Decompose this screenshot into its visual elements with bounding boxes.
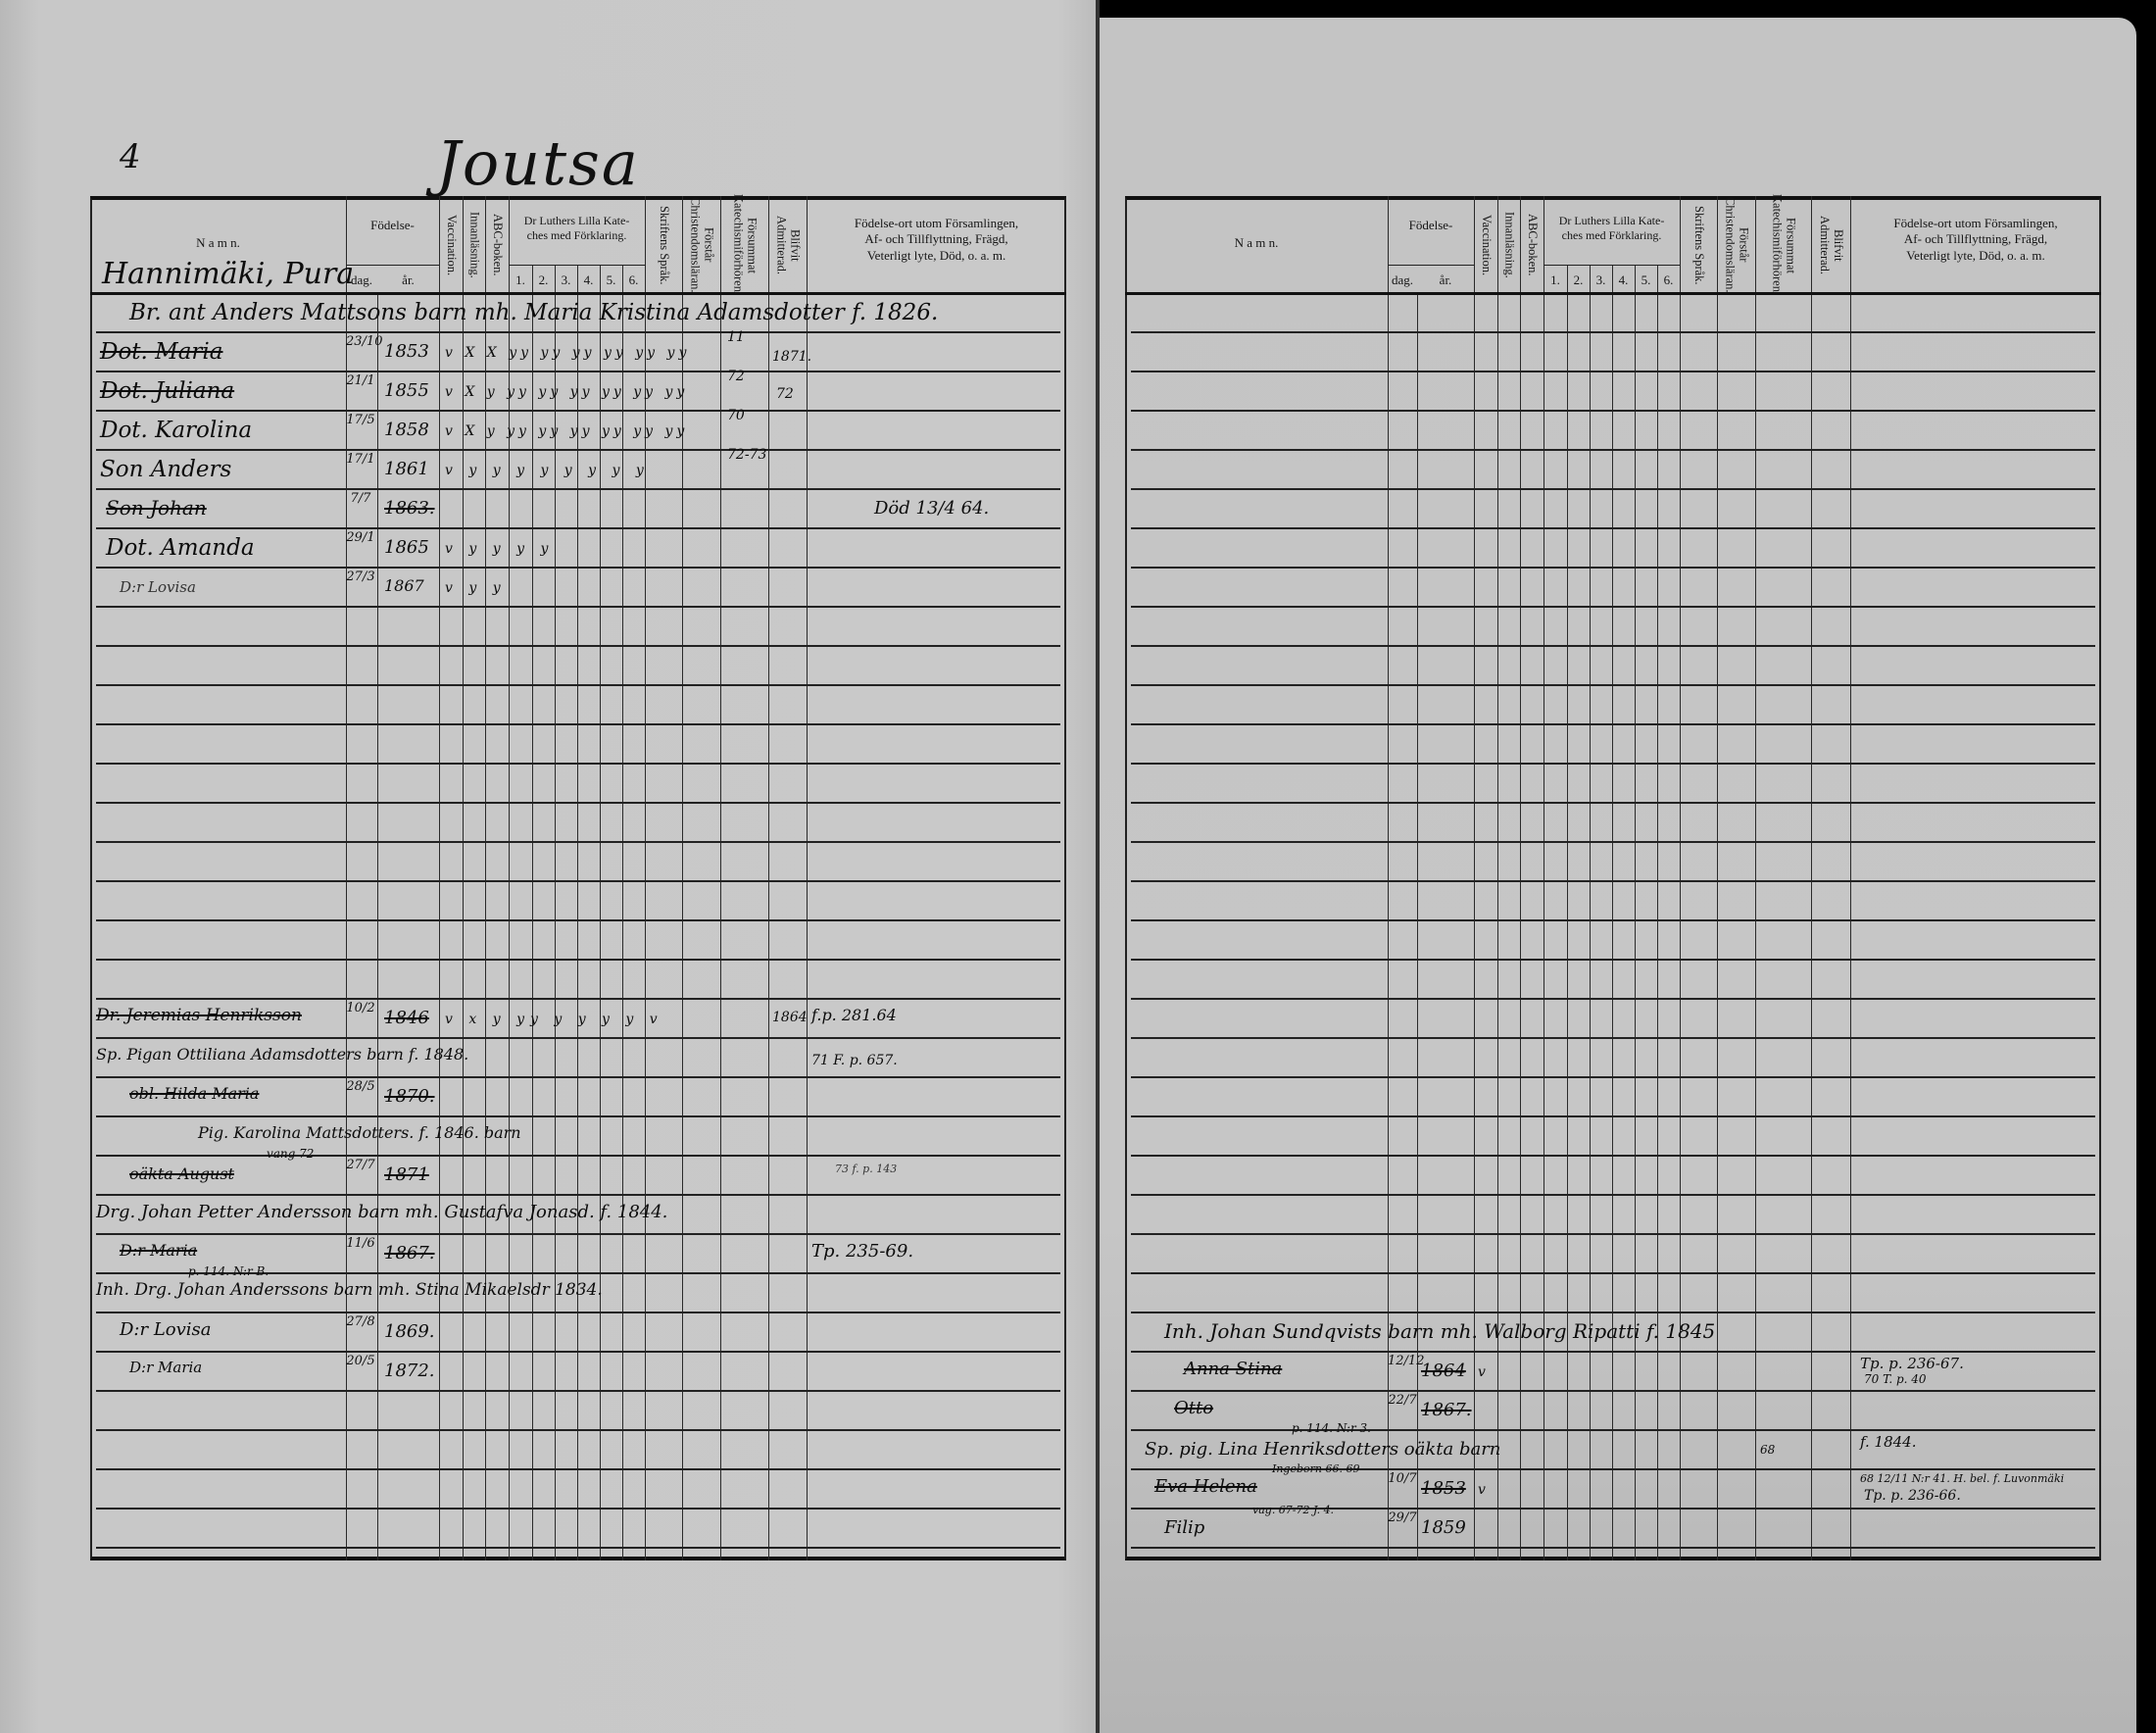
entry-admitted: 72 bbox=[776, 386, 794, 402]
row-rule bbox=[96, 371, 1060, 372]
entry-name: D:r Maria bbox=[120, 1241, 197, 1260]
row-rule bbox=[1131, 684, 2095, 686]
row-rule bbox=[96, 527, 1060, 529]
entry-birth-day: 10/2 bbox=[346, 1002, 375, 1015]
row-rule bbox=[1131, 1312, 2095, 1313]
entry-superscript: vang 72 bbox=[267, 1147, 314, 1161]
header-catechism: Dr Luthers Lilla Kate- ches med Förklari… bbox=[509, 214, 645, 243]
row-rule bbox=[1131, 1233, 2095, 1235]
entry-notes-2: 70 T. p. 40 bbox=[1864, 1372, 1927, 1386]
entry-notes: f.p. 281.64 bbox=[811, 1006, 897, 1024]
entry-admitted: 1871. bbox=[772, 349, 811, 365]
entry-birth-day: 11/6 bbox=[346, 1237, 375, 1251]
header-missed: Försummat Katechismiförhören. bbox=[720, 200, 768, 290]
row-rule bbox=[1131, 1547, 2095, 1549]
parish-title: Joutsa bbox=[436, 127, 640, 199]
entry-birth-year: 1870. bbox=[384, 1086, 435, 1107]
row-rule bbox=[96, 488, 1060, 490]
household-name: Hannimäki, Pura bbox=[102, 257, 354, 291]
entry-birth-year: 1867 bbox=[384, 576, 424, 595]
row-rule bbox=[96, 410, 1060, 412]
entry-name: Dot. Maria bbox=[100, 339, 222, 365]
entry-birth-year: 1864 bbox=[1421, 1361, 1466, 1381]
entry-name: Dot. Karolina bbox=[100, 418, 252, 443]
header-catechism-5: 5. bbox=[1635, 272, 1657, 288]
row-rule bbox=[96, 1429, 1060, 1431]
entry-marks: v y y y y bbox=[445, 541, 554, 557]
page-number: 4 bbox=[120, 137, 141, 176]
entry-birth-day: 10/7 bbox=[1388, 1472, 1417, 1486]
row-rule bbox=[1131, 1351, 2095, 1353]
row-rule bbox=[96, 1351, 1060, 1353]
entry-birth-year: 1871 bbox=[384, 1164, 429, 1185]
row-rule bbox=[1131, 841, 2095, 843]
row-rule bbox=[96, 1390, 1060, 1392]
row-rule bbox=[1131, 802, 2095, 804]
row-rule bbox=[1131, 1390, 2095, 1392]
row-rule bbox=[1131, 763, 2095, 765]
header-birth-day: dag. bbox=[1388, 272, 1417, 288]
entry-birth-year: 1861 bbox=[384, 459, 429, 479]
entry-birth-day: 12/12 bbox=[1388, 1355, 1417, 1368]
row-rule bbox=[96, 1508, 1060, 1510]
entry-name: Pig. Karolina Mattsdotters. f. 1846. bar… bbox=[198, 1123, 521, 1142]
entry-name: Dot. Amanda bbox=[106, 535, 255, 561]
entry-name: Filip bbox=[1164, 1517, 1204, 1538]
header-name: N a m n. bbox=[1125, 235, 1388, 251]
entry-name: Otto bbox=[1174, 1398, 1213, 1418]
row-rule bbox=[1131, 959, 2095, 961]
row-rule bbox=[1131, 1037, 2095, 1039]
row-rule bbox=[1131, 880, 2095, 882]
entry-notes: 68 12/11 N:r 41. H. bel. f. Luvonmäki bbox=[1860, 1472, 2064, 1485]
header-catechism-2: 2. bbox=[1567, 272, 1590, 288]
header-catechism-4: 4. bbox=[577, 272, 600, 288]
row-rule bbox=[1131, 606, 2095, 608]
header-catechism-2: 2. bbox=[532, 272, 555, 288]
entry-birth-year: 1846 bbox=[384, 1008, 429, 1028]
entry-notes: Tp. 235-69. bbox=[811, 1241, 913, 1262]
row-rule bbox=[96, 723, 1060, 725]
entry-marks: v y y y y y y y y bbox=[445, 463, 650, 478]
row-rule bbox=[1131, 1194, 2095, 1196]
header-notes: Födelse-ort utom Församlingen, Af- och T… bbox=[1850, 216, 2101, 264]
header-catechism-3: 3. bbox=[555, 272, 577, 288]
row-rule bbox=[1131, 449, 2095, 451]
row-rule bbox=[1131, 998, 2095, 1000]
entry-birth-year: 1867. bbox=[1421, 1400, 1472, 1420]
row-rule bbox=[96, 1115, 1060, 1117]
entry-name: Anna Stina bbox=[1184, 1359, 1282, 1379]
entry-marks: v x y yy y y y y v bbox=[445, 1012, 663, 1027]
header-catechism: Dr Luthers Lilla Kate- ches med Förklari… bbox=[1543, 214, 1680, 243]
entry-birth-day: 27/8 bbox=[346, 1315, 375, 1329]
row-rule bbox=[96, 1312, 1060, 1313]
entry-name: Dot. Juliana bbox=[100, 378, 234, 404]
entry-admitted: 1864 bbox=[772, 1010, 808, 1025]
entry-notes: f. 1844. bbox=[1860, 1433, 1917, 1451]
entry-birth-year: 1853 bbox=[384, 341, 429, 362]
header-notes: Födelse-ort utom Församlingen, Af- och T… bbox=[807, 216, 1066, 264]
entry-birth-year: 1867. bbox=[384, 1243, 435, 1263]
header-christianity: Förstår Christendomsläran. bbox=[1717, 200, 1755, 290]
entry-birth-year: 1853 bbox=[1421, 1478, 1466, 1499]
row-rule bbox=[96, 606, 1060, 608]
row-rule bbox=[1131, 527, 2095, 529]
entry-birth-day: 22/7 bbox=[1388, 1394, 1417, 1408]
row-rule bbox=[1131, 410, 2095, 412]
entry-birth-day: 17/5 bbox=[346, 414, 375, 427]
entry-birth-year: 1863. bbox=[384, 498, 435, 519]
row-rule bbox=[96, 959, 1060, 961]
header-abc: ABC-boken. bbox=[485, 200, 509, 290]
entry-notes: 73 f. p. 143 bbox=[835, 1163, 897, 1175]
row-rule bbox=[96, 1155, 1060, 1157]
entry-family-head: Br. ant Anders Mattsons barn mh. Maria K… bbox=[129, 300, 1070, 325]
entry-marks: v bbox=[1478, 1364, 1486, 1380]
entry-birth-year: 1869. bbox=[384, 1321, 435, 1342]
entry-notes: Död 13/4 64. bbox=[874, 498, 989, 519]
entry-notes: Tp. p. 236-67. bbox=[1860, 1355, 1964, 1372]
entry-name: D:r Lovisa bbox=[120, 1319, 212, 1340]
header-scripture: Skriftens Språk. bbox=[645, 200, 682, 290]
row-rule bbox=[96, 1076, 1060, 1078]
entry-birth-day: 23/10 bbox=[346, 335, 375, 349]
row-rule bbox=[96, 449, 1060, 451]
left-page: 4 Joutsa N a m n. Födelse- dag. år. Vacc… bbox=[0, 0, 1096, 1733]
entry-birth-day: 21/1 bbox=[346, 374, 375, 388]
header-catechism-6: 6. bbox=[1657, 272, 1680, 288]
entry-birth-day: 27/3 bbox=[346, 570, 375, 584]
entry-missed: 72 bbox=[727, 369, 745, 384]
entry-birth-day: 28/5 bbox=[346, 1080, 375, 1094]
header-birth-year: år. bbox=[377, 272, 439, 288]
row-rule bbox=[96, 763, 1060, 765]
entry-marks: v X X yy yy yy yy yy yy bbox=[445, 345, 690, 361]
entry-marks: v bbox=[1478, 1482, 1486, 1498]
header-catechism-4: 4. bbox=[1612, 272, 1635, 288]
header-admitted: Blifvit Admitterad. bbox=[768, 200, 807, 290]
header-abc: ABC-boken. bbox=[1520, 200, 1543, 290]
entry-birth-year: 1872. bbox=[384, 1361, 435, 1381]
entry-birth-day: 29/7 bbox=[1388, 1511, 1417, 1525]
header-reading: Innanläsning. bbox=[1497, 200, 1520, 290]
entry-marks: v y y bbox=[445, 580, 507, 596]
entry-birth-year: 1865 bbox=[384, 537, 429, 558]
row-rule bbox=[96, 1547, 1060, 1549]
row-rule bbox=[1131, 1429, 2095, 1431]
row-rule bbox=[1131, 645, 2095, 647]
right-register-table: N a m n. Födelse- dag. år. Vaccination. … bbox=[1125, 196, 2101, 1560]
entry-name: obl. Hilda Maria bbox=[129, 1084, 259, 1103]
header-catechism-5: 5. bbox=[600, 272, 622, 288]
header-catechism-1: 1. bbox=[509, 272, 532, 288]
row-rule bbox=[96, 802, 1060, 804]
entry-superscript: vag. 67-72 J. 4. bbox=[1252, 1504, 1334, 1516]
entry-name: oäkta August bbox=[129, 1164, 234, 1183]
row-rule bbox=[1131, 567, 2095, 569]
entry-superscript: Ingeborn 66. 69 bbox=[1272, 1462, 1359, 1475]
entry-family-head: Inh. Johan Sundqvists barn mh. Walborg R… bbox=[1164, 1319, 1715, 1343]
row-rule bbox=[1131, 331, 2095, 333]
header-missed: Försummat Katechismiförhören. bbox=[1755, 200, 1811, 290]
entry-notes-2: Tp. p. 236-66. bbox=[1864, 1488, 1961, 1504]
row-rule bbox=[96, 1468, 1060, 1470]
header-vaccination: Vaccination. bbox=[439, 200, 463, 290]
row-rule bbox=[1131, 1115, 2095, 1117]
entry-birth-year: 1858 bbox=[384, 420, 429, 440]
entry-missed: 11 bbox=[727, 329, 745, 345]
entry-name: Sp. pig. Lina Henriksdotters oäkta barn bbox=[1145, 1439, 1500, 1460]
entry-name: Dr. Jeremias Henriksson bbox=[96, 1006, 302, 1025]
row-rule bbox=[1131, 1272, 2095, 1274]
entry-marks: v X y yy yy yy yy yy yy bbox=[445, 423, 688, 439]
entry-superscript: p. 114. N:r B. bbox=[188, 1264, 269, 1278]
row-rule bbox=[96, 567, 1060, 569]
row-rule bbox=[1131, 488, 2095, 490]
row-rule bbox=[1131, 371, 2095, 372]
header-catechism-1: 1. bbox=[1543, 272, 1567, 288]
header-reading: Innanläsning. bbox=[463, 200, 485, 290]
entry-name: D:r Lovisa bbox=[120, 578, 196, 596]
entry-birth-day: 20/5 bbox=[346, 1355, 375, 1368]
header-vaccination: Vaccination. bbox=[1474, 200, 1497, 290]
header-admitted: Blifvit Admitterad. bbox=[1811, 200, 1850, 290]
header-birth: Födelse- bbox=[1388, 218, 1474, 233]
entry-name: Inh. Drg. Johan Anderssons barn mh. Stin… bbox=[96, 1280, 603, 1300]
header-scripture: Skriftens Språk. bbox=[1680, 200, 1717, 290]
entry-name: Sp. Pigan Ottiliana Adamsdotters barn f.… bbox=[96, 1045, 468, 1064]
entry-missed: 72-73 bbox=[727, 447, 766, 463]
row-rule bbox=[1131, 919, 2095, 921]
entry-name: Eva Helena bbox=[1154, 1476, 1257, 1497]
entry-birth-year: 1859 bbox=[1421, 1517, 1466, 1538]
row-rule bbox=[96, 331, 1060, 333]
row-rule bbox=[96, 841, 1060, 843]
row-rule bbox=[96, 1037, 1060, 1039]
left-register-table: N a m n. Födelse- dag. år. Vaccination. … bbox=[90, 196, 1066, 1560]
header-christianity: Förstår Christendomsläran. bbox=[682, 200, 720, 290]
row-rule bbox=[96, 1233, 1060, 1235]
row-rule bbox=[96, 880, 1060, 882]
row-rule bbox=[96, 1194, 1060, 1196]
row-rule bbox=[1131, 1155, 2095, 1157]
entry-birth-day: 7/7 bbox=[346, 492, 375, 506]
header-birth: Födelse- bbox=[346, 218, 439, 233]
entry-missed: 70 bbox=[727, 408, 745, 423]
entry-name: Drg. Johan Petter Andersson barn mh. Gus… bbox=[96, 1202, 667, 1222]
row-rule bbox=[96, 684, 1060, 686]
entry-notes: 71 F. p. 657. bbox=[811, 1053, 898, 1068]
header-catechism-3: 3. bbox=[1590, 272, 1612, 288]
row-rule bbox=[1131, 723, 2095, 725]
header-birth-year: år. bbox=[1417, 272, 1474, 288]
entry-missed: 68 bbox=[1760, 1443, 1775, 1457]
entry-name: Son Anders bbox=[100, 457, 231, 482]
row-rule bbox=[96, 998, 1060, 1000]
header-name: N a m n. bbox=[90, 235, 346, 251]
entry-birth-day: 27/7 bbox=[346, 1159, 375, 1172]
row-rule bbox=[96, 645, 1060, 647]
entry-birth-day: 29/1 bbox=[346, 531, 375, 545]
row-rule bbox=[1131, 1076, 2095, 1078]
entry-birth-day: 17/1 bbox=[346, 453, 375, 467]
entry-superscript: p. 114. N:r 3. bbox=[1292, 1421, 1371, 1435]
entry-marks: v X y yy yy yy yy yy yy bbox=[445, 384, 688, 400]
entry-name: D:r Maria bbox=[129, 1359, 202, 1376]
entry-birth-year: 1855 bbox=[384, 380, 429, 401]
row-rule bbox=[96, 919, 1060, 921]
header-catechism-6: 6. bbox=[622, 272, 645, 288]
entry-name: Son Johan bbox=[106, 496, 207, 520]
